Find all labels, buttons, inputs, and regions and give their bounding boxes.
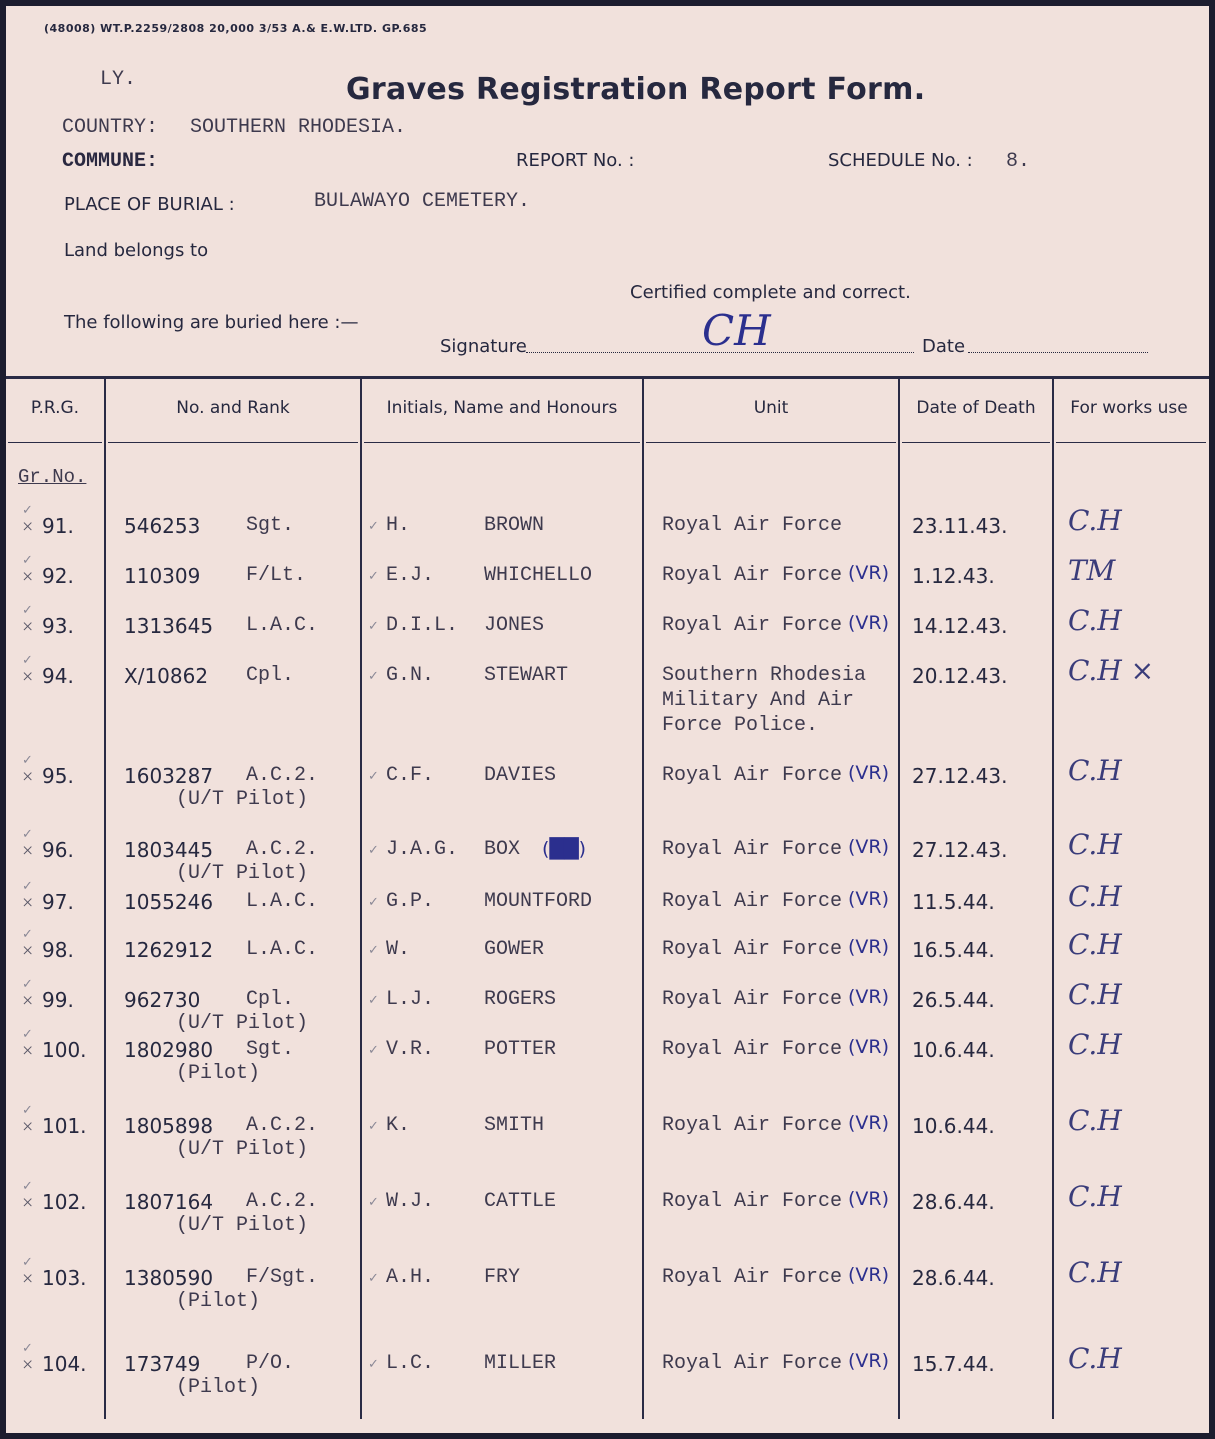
unit-vr-note: (VR) <box>848 1188 889 1210</box>
unit: Royal Air Force <box>662 614 842 637</box>
rank: L.A.C. <box>246 890 318 913</box>
surname: STEWART <box>484 664 568 687</box>
column-divider <box>360 379 362 1419</box>
header-underline <box>108 442 358 443</box>
grave-number: 95. <box>42 764 74 788</box>
header-underline <box>8 442 102 443</box>
works-use-mark: C.H <box>1068 1342 1122 1375</box>
rank: A.C.2. <box>246 764 318 787</box>
column-divider <box>898 379 900 1419</box>
unit-line: Military And Air <box>662 689 854 712</box>
check-tick-icon: ✓ <box>368 1270 379 1286</box>
rank: Sgt. <box>246 1038 294 1061</box>
service-number: 1313645 <box>124 614 213 638</box>
commune-label: COMMUNE: <box>62 150 158 173</box>
rank: L.A.C. <box>246 614 318 637</box>
surname: SMITH <box>484 1114 544 1137</box>
grave-number: 99. <box>42 988 74 1012</box>
date-of-death: 28.6.44. <box>912 1266 995 1290</box>
buried-here-label: The following are buried here :— <box>64 312 358 333</box>
check-tick-icon: ✓ <box>368 1042 379 1058</box>
cross-mark-icon: × <box>22 1354 33 1377</box>
table-top-rule <box>6 376 1209 379</box>
check-tick-icon: ✓ <box>368 992 379 1008</box>
rank-note: (U/T Pilot) <box>176 1214 308 1237</box>
rank: Sgt. <box>246 514 294 537</box>
date-of-death: 14.12.43. <box>912 614 1007 638</box>
grave-number: 91. <box>42 514 74 538</box>
rank-note: (Pilot) <box>176 1062 260 1085</box>
header-underline <box>1056 442 1206 443</box>
unit: Royal Air Force <box>662 890 842 913</box>
check-tick-icon: ✓ <box>368 942 379 958</box>
form-title: Graves Registration Report Form. <box>346 72 925 107</box>
surname: FRY <box>484 1266 520 1289</box>
date-of-death: 16.5.44. <box>912 938 995 962</box>
works-use-mark: C.H <box>1068 828 1122 861</box>
unit: Royal Air Force <box>662 838 842 861</box>
service-number: 1055246 <box>124 890 213 914</box>
rank-note: (Pilot) <box>176 1290 260 1313</box>
date-line <box>968 352 1148 353</box>
service-number: 110309 <box>124 564 200 588</box>
works-use-mark: C.H <box>1068 1104 1122 1137</box>
rank: F/Lt. <box>246 564 306 587</box>
rank: L.A.C. <box>246 938 318 961</box>
date-of-death: 15.7.44. <box>912 1352 995 1376</box>
grave-number-label: Gr.No. <box>18 466 86 488</box>
date-of-death: 20.12.43. <box>912 664 1007 688</box>
initials: L.J. <box>386 988 434 1011</box>
header-underline <box>364 442 640 443</box>
cross-mark-icon: × <box>22 1040 33 1063</box>
date-of-death: 23.11.43. <box>912 514 1007 538</box>
service-number: 173749 <box>124 1352 200 1376</box>
cross-mark-icon: × <box>22 566 33 589</box>
check-tick-icon: ✓ <box>368 842 379 858</box>
place-of-burial-label: PLACE OF BURIAL : <box>64 194 235 215</box>
cross-mark-icon: × <box>22 840 33 863</box>
service-number: 1807164 <box>124 1190 213 1214</box>
unit-vr-note: (VR) <box>848 762 889 784</box>
service-number: 1803445 <box>124 838 213 862</box>
service-number: 962730 <box>124 988 200 1012</box>
initials: V.R. <box>386 1038 434 1061</box>
works-use-mark: C.H <box>1068 504 1122 537</box>
check-tick-icon: ✓ <box>368 1118 379 1134</box>
unit: Royal Air Force <box>662 1190 842 1213</box>
service-number: 1802980 <box>124 1038 213 1062</box>
report-form-sheet: (48008) WT.P.2259/2808 20,000 3/53 A.& E… <box>6 6 1209 1433</box>
certified-statement: Certified complete and correct. <box>630 282 911 303</box>
initials: A.H. <box>386 1266 434 1289</box>
unit: Royal Air Force <box>662 564 842 587</box>
initials: G.P. <box>386 890 434 913</box>
check-tick-icon: ✓ <box>368 894 379 910</box>
column-header-name: Initials, Name and Honours <box>362 398 642 418</box>
column-header-number-rank: No. and Rank <box>106 398 360 418</box>
service-number: 1805898 <box>124 1114 213 1138</box>
cross-mark-icon: × <box>22 1268 33 1291</box>
initials: J.A.G. <box>386 838 458 861</box>
grave-number: 103. <box>42 1266 87 1290</box>
rank-note: (U/T Pilot) <box>176 788 308 811</box>
check-tick-icon: ✓ <box>368 568 379 584</box>
rank: P/O. <box>246 1352 294 1375</box>
date-of-death: 26.5.44. <box>912 988 995 1012</box>
date-of-death: 1.12.43. <box>912 564 995 588</box>
rank: F/Sgt. <box>246 1266 318 1289</box>
unit: Royal Air Force <box>662 1352 842 1375</box>
rank: A.C.2. <box>246 838 318 861</box>
check-tick-icon: ✓ <box>368 618 379 634</box>
date-of-death: 27.12.43. <box>912 838 1007 862</box>
rank-note: (U/T Pilot) <box>176 862 308 885</box>
unit: Royal Air Force <box>662 514 842 537</box>
column-divider <box>104 379 106 1419</box>
initials: E.J. <box>386 564 434 587</box>
initials: K. <box>386 1114 410 1137</box>
works-use-mark: C.H <box>1068 754 1122 787</box>
date-label: Date <box>922 336 965 357</box>
works-use-mark: C.H <box>1068 604 1122 637</box>
rank-note: (U/T Pilot) <box>176 1138 308 1161</box>
surname: DAVIES <box>484 764 556 787</box>
signature-label: Signature <box>440 336 527 357</box>
unit: Royal Air Force <box>662 1114 842 1137</box>
date-of-death: 11.5.44. <box>912 890 995 914</box>
surname: MILLER <box>484 1352 556 1375</box>
schedule-number-label: SCHEDULE No. : <box>828 150 973 171</box>
column-header-date-of-death: Date of Death <box>900 398 1052 418</box>
country-value: SOUTHERN RHODESIA. <box>190 116 406 139</box>
initials: G.N. <box>386 664 434 687</box>
unit-vr-note: (VR) <box>848 612 889 634</box>
surname: POTTER <box>484 1038 556 1061</box>
cross-mark-icon: × <box>22 990 33 1013</box>
date-of-death: 28.6.44. <box>912 1190 995 1214</box>
unit: Royal Air Force <box>662 938 842 961</box>
rank: A.C.2. <box>246 1114 318 1137</box>
works-use-mark: C.H × <box>1068 654 1154 687</box>
unit: Royal Air Force <box>662 988 842 1011</box>
surname: ROGERS <box>484 988 556 1011</box>
surname: BROWN <box>484 514 544 537</box>
check-tick-icon: ✓ <box>368 768 379 784</box>
initials: W.J. <box>386 1190 434 1213</box>
grave-number: 101. <box>42 1114 87 1138</box>
grave-number: 97. <box>42 890 74 914</box>
rank: Cpl. <box>246 664 294 687</box>
unit: Royal Air Force <box>662 764 842 787</box>
rank-note: (U/T Pilot) <box>176 1012 308 1035</box>
works-use-mark: TM <box>1068 554 1115 587</box>
unit-vr-note: (VR) <box>848 986 889 1008</box>
check-tick-icon: ✓ <box>368 1194 379 1210</box>
grave-number: 92. <box>42 564 74 588</box>
cross-mark-icon: × <box>22 1192 33 1215</box>
check-tick-icon: ✓ <box>368 668 379 684</box>
header-underline <box>902 442 1050 443</box>
column-divider <box>642 379 644 1419</box>
works-use-mark: C.H <box>1068 1256 1122 1289</box>
grave-number: 104. <box>42 1352 87 1376</box>
report-number-label: REPORT No. : <box>516 150 635 171</box>
schedule-number-value: 8. <box>1006 150 1030 173</box>
initials: W. <box>386 938 410 961</box>
column-header-unit: Unit <box>644 398 898 418</box>
cross-mark-icon: × <box>22 892 33 915</box>
surname: CATTLE <box>484 1190 556 1213</box>
rank: A.C.2. <box>246 1190 318 1213</box>
unit-vr-note: (VR) <box>848 1112 889 1134</box>
surname: JONES <box>484 614 544 637</box>
print-reference: (48008) WT.P.2259/2808 20,000 3/53 A.& E… <box>44 22 427 35</box>
check-tick-icon: ✓ <box>368 1356 379 1372</box>
works-use-mark: C.H <box>1068 978 1122 1011</box>
cross-mark-icon: × <box>22 516 33 539</box>
rank-note: (Pilot) <box>176 1376 260 1399</box>
cross-mark-icon: × <box>22 616 33 639</box>
cross-mark-icon: × <box>22 766 33 789</box>
surname: WHICHELLO <box>484 564 592 587</box>
date-of-death: 10.6.44. <box>912 1038 995 1062</box>
rank: Cpl. <box>246 988 294 1011</box>
date-of-death: 10.6.44. <box>912 1114 995 1138</box>
surname: BOX <box>484 838 520 861</box>
works-use-mark: C.H <box>1068 1180 1122 1213</box>
unit-vr-note: (VR) <box>848 562 889 584</box>
grave-number: 100. <box>42 1038 87 1062</box>
unit-vr-note: (VR) <box>848 836 889 858</box>
service-number: 1603287 <box>124 764 213 788</box>
unit: Royal Air Force <box>662 1266 842 1289</box>
unit-vr-note: (VR) <box>848 1036 889 1058</box>
unit-vr-note: (VR) <box>848 1264 889 1286</box>
grave-number: 98. <box>42 938 74 962</box>
service-number: 1380590 <box>124 1266 213 1290</box>
initials: H. <box>386 514 410 537</box>
cross-mark-icon: × <box>22 1116 33 1139</box>
signature-value: CH <box>702 306 771 355</box>
service-number: X/10862 <box>124 664 208 688</box>
unit-vr-note: (VR) <box>848 1350 889 1372</box>
unit: Royal Air Force <box>662 1038 842 1061</box>
service-number: 546253 <box>124 514 200 538</box>
initials: C.F. <box>386 764 434 787</box>
works-use-mark: C.H <box>1068 880 1122 913</box>
honours-redacted: (██) <box>542 838 586 860</box>
land-belongs-label: Land belongs to <box>64 240 208 261</box>
works-use-mark: C.H <box>1068 928 1122 961</box>
unit-vr-note: (VR) <box>848 888 889 910</box>
initials: L.C. <box>386 1352 434 1375</box>
column-header-prg: P.R.G. <box>6 398 104 418</box>
column-header-works-use: For works use <box>1054 398 1204 418</box>
country-label: COUNTRY: <box>62 116 158 139</box>
corner-code: LY. <box>100 68 136 91</box>
initials: D.I.L. <box>386 614 458 637</box>
date-of-death: 27.12.43. <box>912 764 1007 788</box>
surname: GOWER <box>484 938 544 961</box>
service-number: 1262912 <box>124 938 213 962</box>
grave-number: 93. <box>42 614 74 638</box>
grave-number: 96. <box>42 838 74 862</box>
cross-mark-icon: × <box>22 666 33 689</box>
unit-line: Force Police. <box>662 714 818 737</box>
unit-vr-note: (VR) <box>848 936 889 958</box>
surname: MOUNTFORD <box>484 890 592 913</box>
grave-number: 94. <box>42 664 74 688</box>
works-use-mark: C.H <box>1068 1028 1122 1061</box>
header-underline <box>646 442 896 443</box>
place-of-burial-value: BULAWAYO CEMETERY. <box>314 190 530 213</box>
grave-number: 102. <box>42 1190 87 1214</box>
check-tick-icon: ✓ <box>368 518 379 534</box>
column-divider <box>1052 379 1054 1419</box>
unit-line: Southern Rhodesia <box>662 664 866 687</box>
cross-mark-icon: × <box>22 940 33 963</box>
